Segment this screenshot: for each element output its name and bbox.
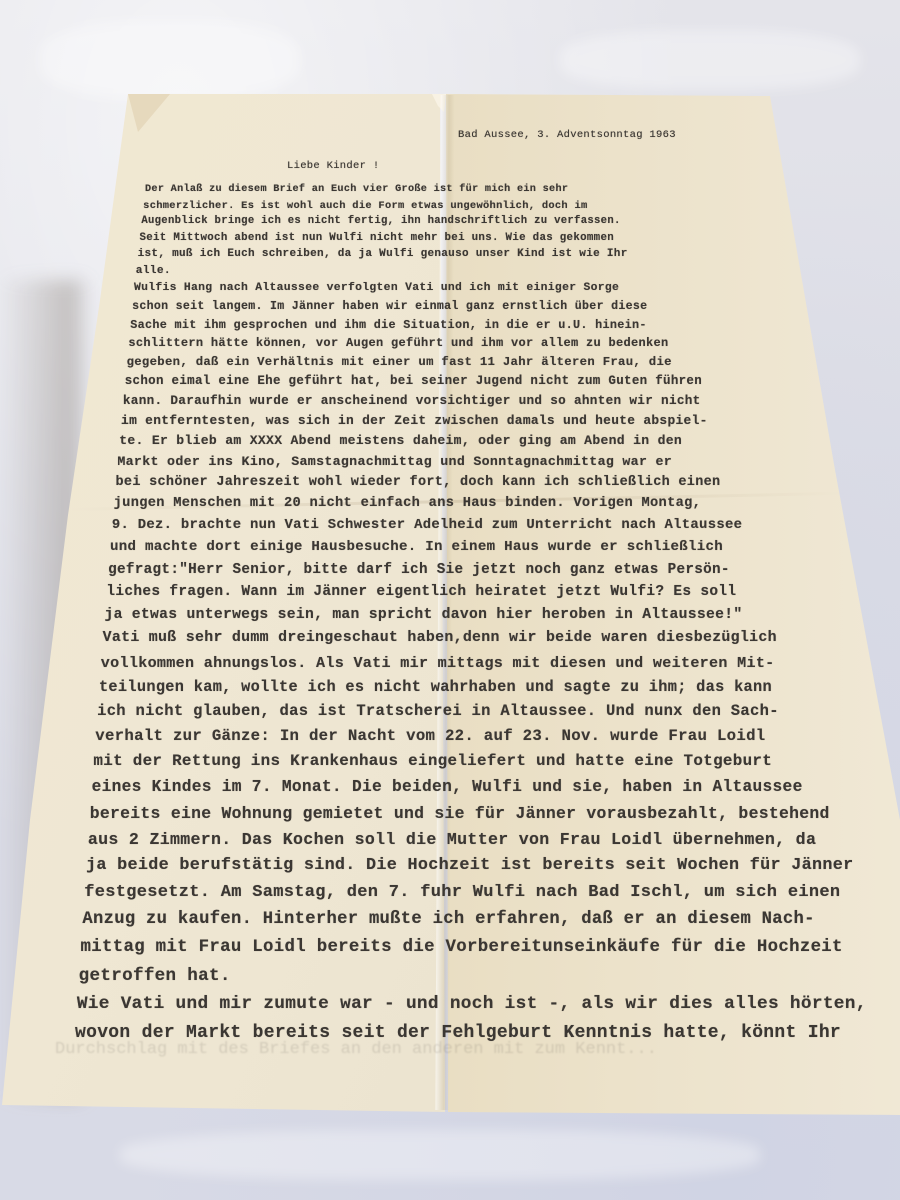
letter-line: Markt oder ins Kino, Samstagnachmittag u… xyxy=(117,454,672,469)
letter-line: aus 2 Zimmern. Das Kochen soll die Mutte… xyxy=(88,830,816,849)
letter-line: Vati muß sehr dumm dreingeschaut haben,d… xyxy=(103,630,777,646)
letter-paper: Bad Aussee, 3. Adventsonntag 1963 Liebe … xyxy=(0,0,900,1200)
letter-text: Bad Aussee, 3. Adventsonntag 1963 Liebe … xyxy=(0,0,900,1200)
letter-line: mit der Rettung ins Krankenhaus eingelie… xyxy=(93,752,772,770)
letter-line: festgesetzt. Am Samstag, den 7. fuhr Wul… xyxy=(84,883,840,902)
letter-line: und machte dort einige Hausbesuche. In e… xyxy=(110,539,723,555)
letter-line: ich nicht glauben, das ist Tratscherei i… xyxy=(97,702,779,720)
letter-line: Anzug zu kaufen. Hinterher mußte ich erf… xyxy=(82,910,814,929)
letter-line: jungen Menschen mit 20 nicht einfach ans… xyxy=(114,496,701,511)
letter-line: Der Anlaß zu diesem Brief an Euch vier G… xyxy=(145,184,568,195)
salutation: Liebe Kinder ! xyxy=(287,160,379,172)
letter-line: getroffen hat. xyxy=(79,966,231,986)
letter-line: 9. Dez. brachte nun Vati Schwester Adelh… xyxy=(112,517,742,533)
letter-line: liches fragen. Wann im Jänner eigentlich… xyxy=(106,584,736,600)
letter-line: schlittern hätte können, vor Augen gefüh… xyxy=(128,336,668,350)
letter-line: bereits eine Wohnung gemietet und sie fü… xyxy=(90,804,830,823)
letter-line: alle. xyxy=(136,265,171,277)
letter-line: Seit Mittwoch abend ist nun Wulfi nicht … xyxy=(139,232,614,244)
letter-line: schmerzlicher. Es ist wohl auch die Form… xyxy=(143,200,587,212)
letter-line: mittag mit Frau Loidl bereits die Vorber… xyxy=(81,938,843,957)
letter-line: schon eimal eine Ehe geführt hat, bei se… xyxy=(125,374,702,388)
letter-line: ja beide berufstätig sind. Die Hochzeit … xyxy=(86,856,853,875)
letter-line: verhalt zur Gänze: In der Nacht vom 22. … xyxy=(95,727,765,745)
letter-line: gegeben, daß ein Verhältnis mit einer um… xyxy=(127,355,672,369)
letter-line: Wie Vati und mir zumute war - und noch i… xyxy=(77,994,867,1014)
letter-line: eines Kindes im 7. Monat. Die beiden, Wu… xyxy=(92,778,803,796)
place-date: Bad Aussee, 3. Adventsonntag 1963 xyxy=(458,129,676,141)
show-through-line: Durchschlag mit des Briefes an den ander… xyxy=(55,1040,657,1059)
letter-line: ja etwas unterwegs sein, man spricht dav… xyxy=(104,607,742,623)
letter-line: bei schöner Jahreszeit wohl wieder fort,… xyxy=(116,475,721,490)
letter-line: teilungen kam, wollte ich es nicht wahrh… xyxy=(99,678,772,696)
letter-line: Augenblick bringe ich es nicht fertig, i… xyxy=(141,215,620,227)
letter-line: gefragt:"Herr Senior, bitte darf ich Sie… xyxy=(108,562,730,578)
letter-line: Sache mit ihm gesprochen und ihm die Sit… xyxy=(130,318,647,332)
letter-line: te. Er blieb am XXXX Abend meistens dahe… xyxy=(119,433,682,448)
letter-line: Wulfis Hang nach Altaussee verfolgten Va… xyxy=(134,282,619,294)
letter-line: im entferntesten, was sich in der Zeit z… xyxy=(121,413,708,428)
letter-line: schon seit langem. Im Jänner haben wir e… xyxy=(132,300,647,313)
letter-line: ist, muß ich Euch schreiben, da ja Wulfi… xyxy=(138,248,628,260)
letter-line: kann. Daraufhin wurde er anscheinend vor… xyxy=(123,393,701,408)
letter-line: vollkommen ahnungslos. Als Vati mir mitt… xyxy=(101,654,775,672)
